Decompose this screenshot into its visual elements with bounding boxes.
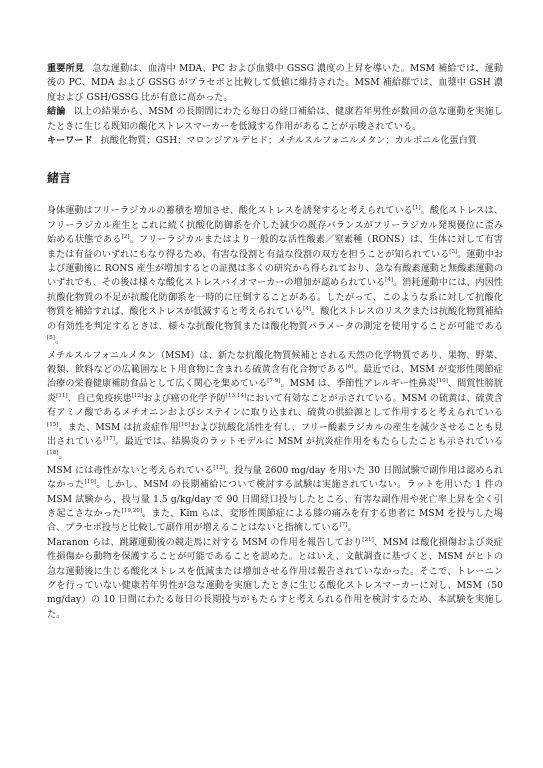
citation-reference: [19,20] (122, 508, 142, 514)
paragraph-text: 身体運動はフリーラジカルの蓄積を増加させ、酸化ストレスを誘発すると考えられている (47, 206, 413, 216)
citation-reference: [11] (56, 393, 68, 399)
introduction-paragraph: Maranon らは、跳躍運動後の競走馬に対する MSM の作用を報告しており[… (47, 536, 503, 622)
paragraph-text: および癌の化学予防 (143, 394, 225, 404)
citation-reference: [18] (47, 450, 59, 456)
citation-reference: [2] (122, 234, 130, 240)
key-findings-label: 重要所見 (47, 64, 84, 74)
keywords-label: キーワード (47, 136, 93, 146)
citation-reference: [13,14] (226, 393, 246, 399)
citation-reference: [6] (346, 364, 354, 370)
citation-reference: [1] (413, 205, 421, 211)
introduction-body: 身体運動はフリーラジカルの蓄積を増加させ、酸化ストレスを誘発すると考えられている… (47, 204, 503, 622)
citation-reference: [12] (132, 393, 144, 399)
key-findings-text: 急な運動は、血清中 MDA、PC および血漿中 GSSG 濃度の上昇を導いた。M… (47, 64, 503, 103)
citation-reference: [10] (85, 479, 97, 485)
paragraph-text: 、MSM は酸化損傷および炎症性損傷から動物を保護することが可能であることを認め… (47, 538, 503, 620)
citation-reference: [17] (103, 436, 115, 442)
citation-reference: [21] (362, 537, 374, 543)
paragraph-text: 。最近では、結腸炎のラットモデルに MSM が抗炎症作用をもたらしたことも示され… (115, 437, 503, 447)
paragraph-text: Maranon らは、跳躍運動後の競走馬に対する MSM の作用を報告しており (47, 538, 362, 548)
conclusion-label: 結論 (47, 107, 66, 117)
conclusion-text: 以上の結果から、MSM の長期間にわたる毎日の経口補給は、健康若年男性が数回の急… (47, 107, 503, 131)
citation-reference: [5] (47, 335, 55, 341)
paragraph-text: 。 (348, 523, 357, 533)
section-heading-introduction: 緒言 (47, 170, 503, 186)
introduction-paragraph: MSM には毒性がないと考えられている[12]。投与量 2600 mg/day … (47, 464, 503, 536)
citation-reference: [7-9] (267, 378, 280, 384)
citation-reference: [10] (436, 378, 448, 384)
introduction-paragraph: メチルスルフォニルメタン（MSM）は、新たな抗酸化物質候補とされる天然の化学物質… (47, 349, 503, 464)
key-findings-paragraph: 重要所見急な運動は、血清中 MDA、PC および血漿中 GSSG 濃度の上昇を導… (47, 62, 503, 105)
citation-reference: [12] (213, 465, 225, 471)
citation-reference: [15] (47, 422, 59, 428)
introduction-paragraph: 身体運動はフリーラジカルの蓄積を増加させ、酸化ストレスを誘発すると考えられている… (47, 204, 503, 348)
paragraph-text: MSM には毒性がないと考えられている (47, 466, 213, 476)
paragraph-text: 。MSM は、季節性アレルギー性鼻炎 (281, 379, 437, 389)
citation-reference: [16] (179, 422, 191, 428)
paragraph-text: 。また、MSM は抗炎症作用 (59, 423, 179, 433)
paragraph-text: 。 (55, 336, 64, 346)
citation-reference: [4] (303, 306, 311, 312)
keywords-text: 抗酸化物質；GSH；マロンジアルデヒド；メチルスルフォニルメタン；カルボニル化蛋… (101, 136, 477, 146)
keywords-paragraph: キーワード抗酸化物質；GSH；マロンジアルデヒド；メチルスルフォニルメタン；カル… (47, 134, 503, 148)
citation-reference: [7] (340, 522, 348, 528)
conclusion-paragraph: 結論以上の結果から、MSM の長期間にわたる毎日の経口補給は、健康若年男性が数回… (47, 105, 503, 134)
paragraph-text: 、自己免疫疾患 (68, 394, 132, 404)
citation-reference: [4] (385, 277, 393, 283)
document-page: 重要所見急な運動は、血清中 MDA、PC および血漿中 GSSG 濃度の上昇を導… (47, 62, 503, 622)
paragraph-text: 。 (59, 451, 68, 461)
